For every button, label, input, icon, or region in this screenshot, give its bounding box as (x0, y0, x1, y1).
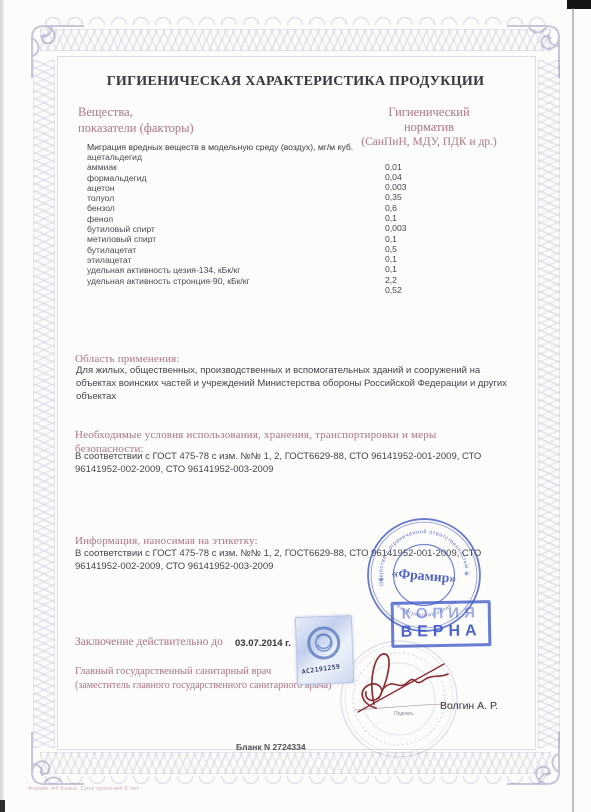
column-header-substances: Вещества, показатели (факторы) (78, 104, 194, 136)
substance-name: бензол (87, 203, 250, 213)
substance-value: 0,6 (385, 203, 407, 213)
substance-value-column: 0,010,040,0030,350,60,10,0030,10,50,10,1… (385, 162, 407, 296)
footer-microtext: Формат А4 Бланк. Срок хранения 5 лет (28, 786, 139, 792)
signer-name: Волгин А. Р. (440, 700, 498, 712)
substance-name: удельная активность цезия-134, кБк/кг (87, 265, 250, 275)
substance-value: 0,1 (385, 254, 407, 264)
substance-name: ацетон (87, 183, 250, 193)
section-body-scope: Для жилых, общественных, производственны… (76, 365, 507, 404)
substance-value: 0,1 (385, 264, 407, 274)
substance-value: 0,1 (385, 234, 407, 244)
copy-stamp-line1: КОПИЯ (394, 603, 488, 624)
substance-name-column: ацетальдегидаммиакформальдегидацетонтолу… (87, 152, 250, 286)
substance-value: 0,1 (385, 213, 407, 223)
section-heading-conditions-line1: Необходимые условия использования, хране… (75, 429, 437, 441)
corner-ornament-bottom-right (501, 726, 565, 790)
substance-name: метиловый спирт (87, 234, 250, 244)
official-position-line2: (заместитель главного государственного с… (75, 680, 331, 691)
scan-edge-left (0, 0, 4, 812)
section-heading-label-info: Информация, наносимая на этикетку: (75, 535, 258, 547)
border-band-bottom (40, 752, 551, 774)
section-body-conditions: В соответствии с ГОСТ 475-78 с изм. №№ 1… (75, 451, 481, 477)
validity-label: Заключение действительно до (75, 636, 223, 648)
border-band-left (33, 60, 55, 748)
border-band-top (40, 29, 551, 51)
substance-name: этилацетат (87, 255, 250, 265)
stamp-star-left-icon: ✳ (378, 576, 385, 584)
scan-black-corner (567, 0, 591, 9)
column-header-norm: Гигиенический норматив (СанПиН, МДУ, ПДК… (345, 105, 513, 150)
substance-value: 0,003 (385, 182, 407, 192)
substance-name: ацетальдегид (87, 152, 250, 162)
substance-value: 0,52 (385, 285, 407, 295)
scan-speck (0, 800, 5, 812)
blank-number: Бланк N 2724334 (236, 742, 306, 752)
substance-name: формальдегид (87, 173, 250, 183)
stamp-center-text: «Фрамир» (391, 565, 457, 586)
corner-ornament-bottom-left (26, 726, 90, 790)
border-scallop-top (42, 16, 549, 25)
border-band-right (538, 60, 560, 748)
substance-name: бутиловый спирт (87, 224, 250, 234)
substance-value: 0,01 (385, 162, 407, 172)
scan-vertical-line (572, 8, 574, 812)
substance-value: 2,2 (385, 275, 407, 285)
validity-date: 03.07.2014 г. (235, 638, 291, 649)
stamp-star-right-icon: ✳ (463, 570, 470, 578)
official-position-line1: Главный государственный санитарный врач (75, 666, 271, 677)
substance-name: толуол (87, 193, 250, 203)
substance-name: аммиак (87, 162, 250, 172)
substance-value: 0,003 (385, 223, 407, 233)
page-title: ГИГИЕНИЧЕСКАЯ ХАРАКТЕРИСТИКА ПРОДУКЦИИ (0, 74, 591, 90)
substance-name: удельная активность стронция-90, кБк/кг (87, 276, 250, 286)
scanned-certificate-page: ГИГИЕНИЧЕСКАЯ ХАРАКТЕРИСТИКА ПРОДУКЦИИ В… (0, 0, 591, 812)
substance-name: бутилацетат (87, 245, 250, 255)
copy-verna-stamp: КОПИЯ ВЕРНА (391, 600, 492, 648)
border-scallop-bottom (42, 776, 549, 785)
substance-name: фенол (87, 214, 250, 224)
substance-value: 0,04 (385, 172, 407, 182)
substance-value: 0,5 (385, 244, 407, 254)
migration-group-row: Миграция вредных веществ в модельную сре… (87, 142, 353, 152)
copy-stamp-line2: ВЕРНА (394, 622, 488, 642)
substance-value: 0,35 (385, 192, 407, 202)
section-heading-scope: Область применения: (75, 353, 180, 365)
